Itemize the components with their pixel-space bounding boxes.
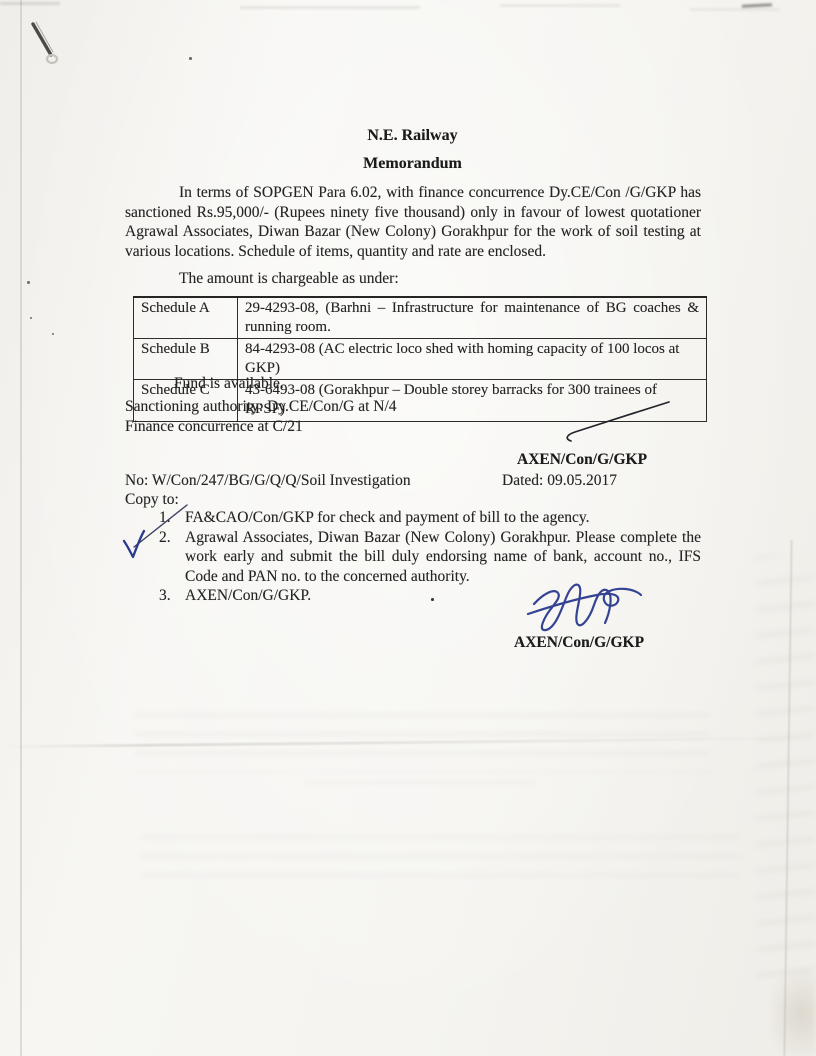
scan-edge-smudge (690, 8, 780, 11)
scanned-memorandum-page: N.E. Railway Memorandum In terms of SOPG… (0, 0, 816, 1056)
corner-smudge (766, 965, 816, 1055)
item-text: AXEN/Con/G/GKP. (185, 586, 701, 606)
schedule-desc-cell: 29-4293-08, (Barhni – Infrastructure for… (238, 297, 707, 339)
organization-name: N.E. Railway (125, 126, 700, 146)
ink-speck (189, 57, 192, 60)
item-number: 2. (159, 528, 185, 587)
item-text: Agrawal Associates, Diwan Bazar (New Col… (185, 528, 701, 587)
check-mark-icon (124, 531, 144, 557)
bleed-through-smudge (305, 781, 535, 791)
bleed-through-smudge (140, 836, 740, 882)
ink-speck (52, 333, 54, 335)
body-paragraph: In terms of SOPGEN Para 6.02, with finan… (125, 183, 701, 261)
finance-concurrence-line: Finance concurrence at C/21 (125, 417, 397, 437)
sanction-block: Sanctioning authority: Dy.CE/Con/G at N/… (125, 397, 397, 436)
copy-to-heading: Copy to: (125, 490, 179, 510)
page-edge-shadow (20, 0, 22, 1056)
signatory-designation-top: AXEN/Con/G/GKP (517, 450, 647, 470)
schedule-desc-cell: 84-4293-08 (AC electric loco shed with h… (238, 339, 707, 380)
list-item: 1. FA&CAO/Con/GKP for check and payment … (159, 508, 701, 528)
signatory-designation-bottom: AXEN/Con/G/GKP (514, 633, 644, 653)
ink-speck (30, 317, 32, 319)
item-number: 3. (159, 586, 185, 606)
copy-to-list: 1. FA&CAO/Con/GKP for check and payment … (159, 508, 701, 606)
item-text: FA&CAO/Con/GKP for check and payment of … (185, 508, 701, 528)
scan-edge-smudge (0, 2, 60, 5)
sanctioning-authority-line: Sanctioning authority: Dy.CE/Con/G at N/… (125, 397, 397, 417)
schedule-desc-text: 29-4293-08, (Barhni – Infrastructure for… (245, 299, 699, 336)
scan-edge-smudge (240, 6, 420, 9)
date-line: Dated: 09.05.2017 (502, 471, 617, 491)
staple-mark-icon (33, 22, 57, 63)
reference-number: No: W/Con/247/BG/G/Q/Q/Soil Investigatio… (125, 471, 411, 491)
scan-edge-smudge (500, 4, 620, 7)
schedule-label-cell: Schedule A (134, 297, 238, 339)
item-number: 1. (159, 508, 185, 528)
amount-chargeable-line: The amount is chargeable as under: (179, 269, 399, 289)
list-item: 2. Agrawal Associates, Diwan Bazar (New … (159, 528, 701, 587)
list-item: 3. AXEN/Con/G/GKP. (159, 586, 701, 606)
fund-availability-note: Fund is available. (174, 374, 284, 394)
table-row: Schedule A 29-4293-08, (Barhni – Infrast… (134, 297, 707, 339)
document-title: Memorandum (125, 154, 700, 174)
ink-speck (27, 281, 30, 284)
